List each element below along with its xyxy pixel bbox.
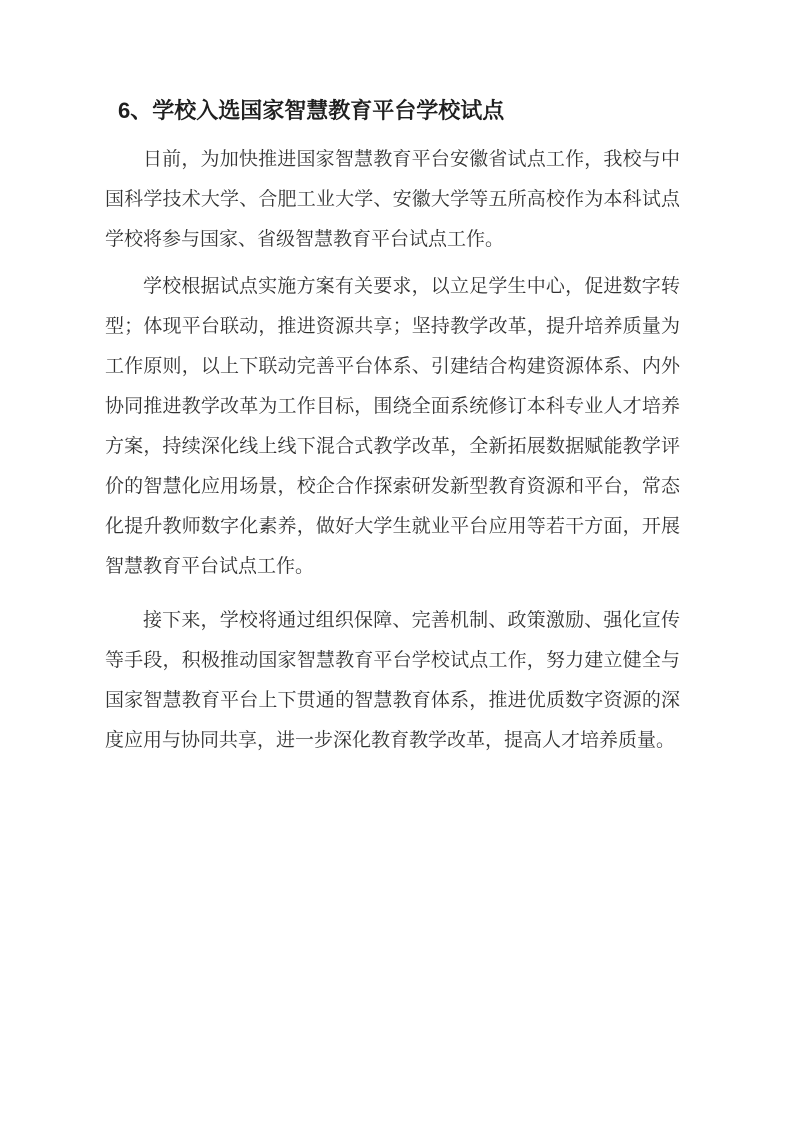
text-line: 价的智慧化应用场景，校企合作探索研发新型教育资源和平台，常态 <box>105 467 680 507</box>
text-line: 型；体现平台联动，推进资源共享；坚持教学改革，提升培养质量为 <box>105 307 680 347</box>
text-line: 工作原则，以上下联动完善平台体系、引建结合构建资源体系、内外 <box>105 347 680 387</box>
text-line: 学校将参与国家、省级智慧教育平台试点工作。 <box>105 220 680 260</box>
text-line: 方案，持续深化线上线下混合式教学改革，全新拓展数据赋能教学评 <box>105 427 680 467</box>
text-line: 国科学技术大学、合肥工业大学、安徽大学等五所高校作为本科试点 <box>105 180 680 220</box>
text-line: 日前，为加快推进国家智慧教育平台安徽省试点工作，我校与中 <box>105 140 680 180</box>
text-line: 等手段，积极推动国家智慧教育平台学校试点工作，努力建立健全与 <box>105 641 680 681</box>
text-line: 学校根据试点实施方案有关要求，以立足学生中心，促进数字转 <box>105 267 680 307</box>
text-line: 化提升教师数字化素养，做好大学生就业平台应用等若干方面，开展 <box>105 507 680 547</box>
text-line: 智慧教育平台试点工作。 <box>105 547 680 587</box>
text-line: 度应用与协同共享，进一步深化教育教学改革，提高人才培养质量。 <box>105 721 680 761</box>
document-page: 6、学校入选国家智慧教育平台学校试点 日前，为加快推进国家智慧教育平台安徽省试点… <box>0 0 800 1131</box>
text-line: 协同推进教学改革为工作目标，围绕全面系统修订本科专业人才培养 <box>105 387 680 427</box>
paragraph: 日前，为加快推进国家智慧教育平台安徽省试点工作，我校与中国科学技术大学、合肥工业… <box>105 140 680 260</box>
text-line: 国家智慧教育平台上下贯通的智慧教育体系，推进优质数字资源的深 <box>105 681 680 721</box>
document-body: 日前，为加快推进国家智慧教育平台安徽省试点工作，我校与中国科学技术大学、合肥工业… <box>105 140 680 761</box>
section-heading: 6、学校入选国家智慧教育平台学校试点 <box>118 96 504 126</box>
text-line: 接下来，学校将通过组织保障、完善机制、政策激励、强化宣传 <box>105 601 680 641</box>
paragraph: 学校根据试点实施方案有关要求，以立足学生中心，促进数字转型；体现平台联动，推进资… <box>105 267 680 587</box>
paragraph: 接下来，学校将通过组织保障、完善机制、政策激励、强化宣传等手段，积极推动国家智慧… <box>105 601 680 761</box>
